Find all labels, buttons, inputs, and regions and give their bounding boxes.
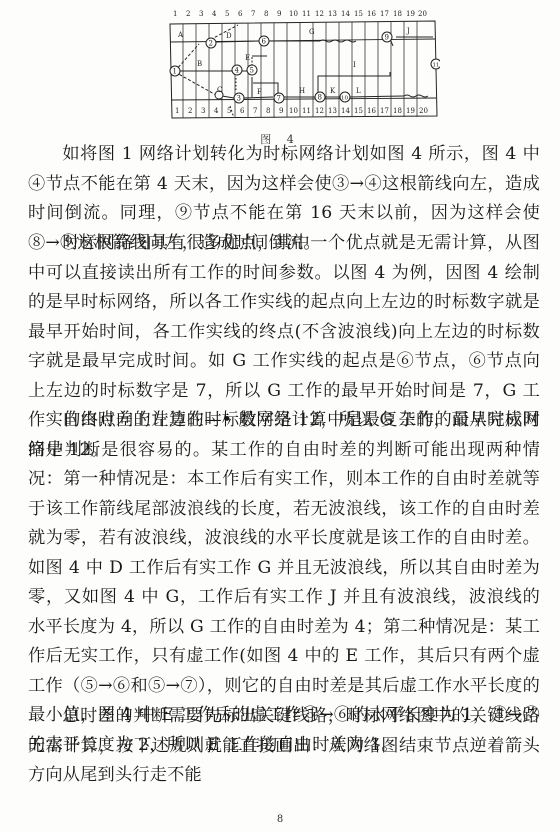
- svg-text:5: 5: [225, 10, 229, 18]
- svg-text:7: 7: [253, 107, 257, 115]
- svg-text:C: C: [217, 86, 222, 94]
- svg-text:3: 3: [237, 95, 241, 103]
- svg-text:D: D: [226, 32, 232, 40]
- svg-text:6: 6: [238, 10, 243, 18]
- bottom-time-scale: 1 2 3 4 5 6 7 8 9 10 11 12 13 14 15 16 1…: [175, 107, 428, 115]
- svg-text:12: 12: [315, 10, 324, 18]
- time-scaled-network-diagram: 1 2 3 4 5 6 7 8 9 10 11 12 13 14 15 16 1…: [150, 4, 440, 122]
- svg-text:14: 14: [341, 10, 350, 18]
- svg-text:7: 7: [277, 95, 281, 103]
- svg-text:7: 7: [251, 10, 255, 18]
- svg-text:20: 20: [418, 10, 427, 18]
- svg-text:1: 1: [175, 107, 179, 115]
- svg-text:9: 9: [279, 107, 283, 115]
- svg-text:8: 8: [264, 10, 268, 18]
- svg-text:16: 16: [367, 107, 376, 115]
- svg-text:5: 5: [227, 107, 231, 115]
- svg-text:19: 19: [406, 10, 415, 18]
- svg-text:14: 14: [341, 107, 350, 115]
- svg-text:H: H: [299, 87, 305, 95]
- svg-text:17: 17: [380, 10, 389, 18]
- svg-text:18: 18: [393, 107, 402, 115]
- svg-text:3: 3: [199, 10, 203, 18]
- svg-text:2: 2: [186, 10, 190, 18]
- svg-text:L: L: [356, 87, 361, 95]
- svg-text:10: 10: [289, 10, 298, 18]
- svg-text:15: 15: [354, 10, 363, 18]
- svg-text:2: 2: [188, 107, 192, 115]
- svg-text:17: 17: [380, 107, 389, 115]
- svg-text:1: 1: [173, 68, 177, 76]
- svg-text:13: 13: [328, 10, 337, 18]
- svg-text:K: K: [330, 87, 336, 95]
- svg-text:4: 4: [235, 67, 240, 75]
- svg-text:10: 10: [289, 107, 298, 115]
- svg-text:9: 9: [385, 34, 389, 42]
- svg-text:3: 3: [201, 107, 205, 115]
- svg-text:F: F: [257, 88, 262, 96]
- svg-text:12: 12: [315, 107, 324, 115]
- svg-text:11: 11: [433, 63, 440, 69]
- svg-text:5: 5: [250, 67, 254, 75]
- svg-text:15: 15: [354, 107, 363, 115]
- work-labels: A B C D E F G H I J K L: [177, 27, 410, 96]
- svg-text:6: 6: [240, 107, 245, 115]
- svg-text:11: 11: [302, 10, 311, 18]
- svg-text:1: 1: [173, 10, 177, 18]
- svg-text:J: J: [406, 27, 410, 35]
- svg-text:8: 8: [318, 94, 322, 102]
- svg-text:13: 13: [328, 107, 337, 115]
- svg-text:10: 10: [341, 96, 348, 102]
- svg-text:B: B: [197, 60, 202, 68]
- paragraph-4: 总时差的判断需要先标出关键线路，时标网络图中的关键线路无需计算，按下述规则就能直…: [28, 702, 540, 791]
- svg-text:19: 19: [406, 107, 415, 115]
- svg-text:4: 4: [214, 107, 219, 115]
- svg-text:11: 11: [302, 107, 311, 115]
- svg-text:6: 6: [262, 38, 267, 46]
- svg-text:A: A: [177, 31, 184, 39]
- page-number: 8: [0, 814, 560, 825]
- svg-text:I: I: [353, 61, 356, 69]
- svg-text:2: 2: [209, 40, 213, 48]
- svg-text:E: E: [245, 54, 250, 62]
- svg-text:G: G: [309, 28, 315, 36]
- top-time-scale: 1 2 3 4 5 6 7 8 9 10 11 12 13 14 15 16 1…: [173, 10, 427, 18]
- svg-text:4: 4: [212, 10, 217, 18]
- svg-text:8: 8: [266, 107, 270, 115]
- svg-text:16: 16: [367, 10, 376, 18]
- svg-text:18: 18: [393, 10, 402, 18]
- svg-text:9: 9: [277, 10, 281, 18]
- svg-text:20: 20: [419, 107, 428, 115]
